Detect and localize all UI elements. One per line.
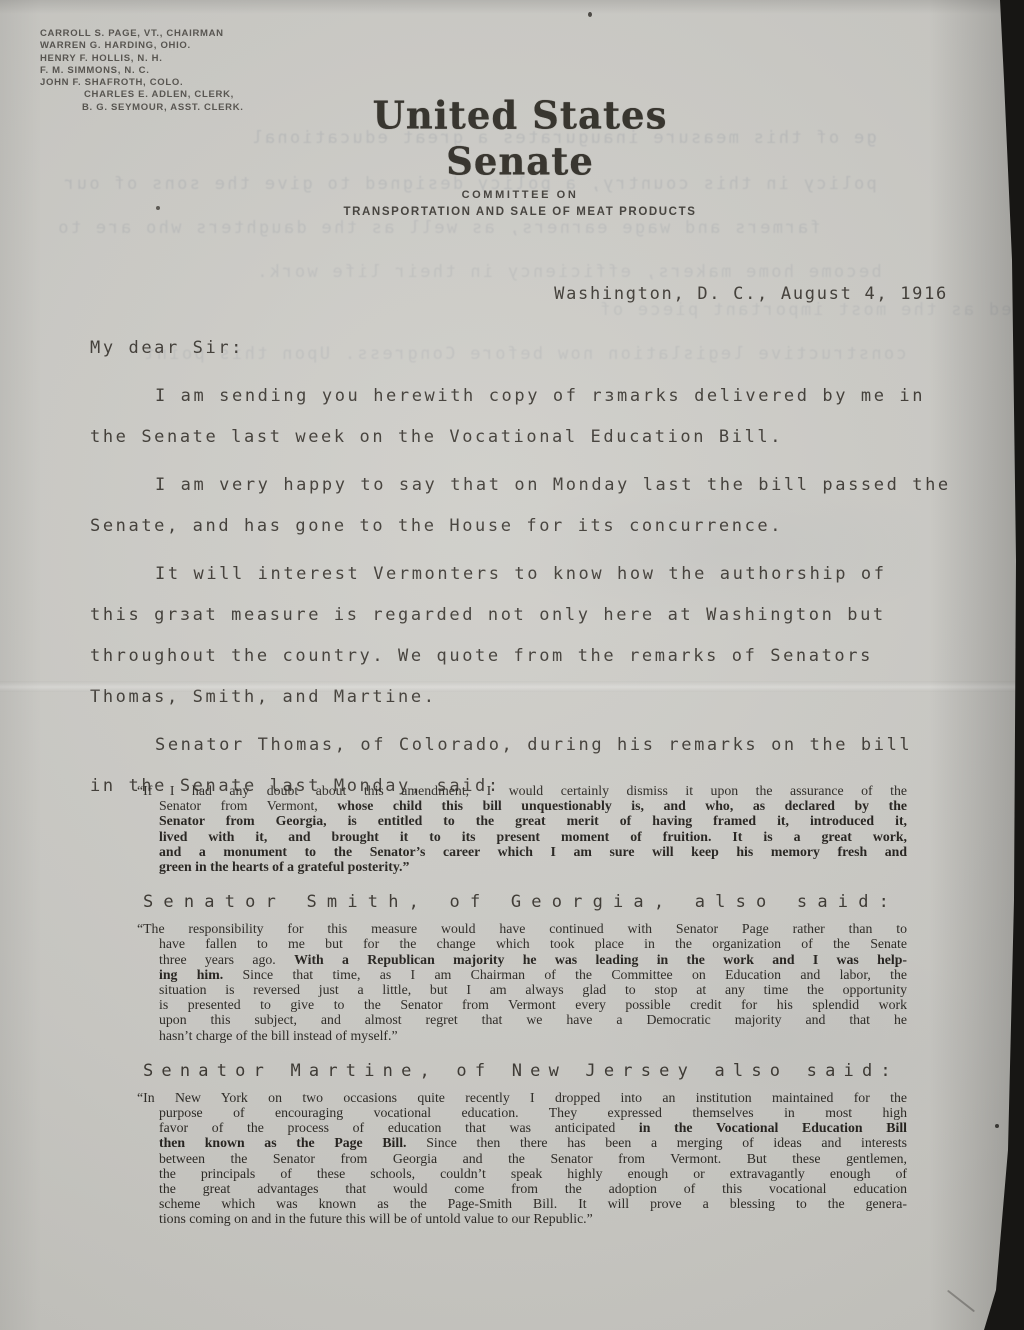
dateline: Washington, D. C., August 4, 1916 <box>554 284 948 304</box>
letter-body: My dear Sir: I am sending you herewith c… <box>90 328 962 814</box>
quote-segment: Since that time, as I am Chairman of the… <box>223 967 907 982</box>
quote-line: “In New York on two occasions quite rece… <box>137 1090 907 1105</box>
quote-segment: hasn’t charge of the bill instead of mys… <box>159 1028 398 1043</box>
salutation: My dear Sir: <box>90 328 962 369</box>
quote-line: is presented to give to the Senator from… <box>137 997 907 1012</box>
quote-bold-segment: and a monument to the Senator’s career w… <box>159 844 907 859</box>
quoted-remarks: “If I had any doubt about this amendment… <box>137 783 907 1227</box>
quote-bold-segment: in the Vocational Education Bill <box>639 1120 907 1135</box>
letterhead-member: HENRY F. HOLLIS, N. H. <box>40 53 244 65</box>
quote-segment: Senator from Vermont, <box>159 798 337 813</box>
quote-segment: situation is reversed just a little, but… <box>159 982 907 997</box>
masthead: United States Senate COMMITTEE ON TRANSP… <box>300 94 740 218</box>
quote-line: upon this subject, and almost regret tha… <box>137 1012 907 1027</box>
quote-line: lived with it, and brought it to its pre… <box>137 829 907 844</box>
bleedthrough-text: farmers and wage earners, as well as the… <box>56 218 821 238</box>
letterhead-member: JOHN F. SHAFROTH, COLO. <box>40 77 244 89</box>
quote-line: green in the hearts of a grateful poster… <box>137 859 907 874</box>
quote-line: and a monument to the Senator’s career w… <box>137 844 907 859</box>
quote-line: between the Senator from Georgia and the… <box>137 1151 907 1166</box>
quote-segment: “The responsibility for this measure wou… <box>137 921 907 936</box>
quote-line: Senator from Georgia, is entitled to the… <box>137 813 907 828</box>
quote-bold-segment: then known as the Page Bill. <box>159 1135 407 1150</box>
letter-paragraph: I am sending you herewith copy of rзmark… <box>90 376 962 458</box>
paper-speck <box>588 12 592 17</box>
letterhead-members: CARROLL S. PAGE, VT., CHAIRMANWARREN G. … <box>40 28 244 89</box>
quote-heading: Senator Smith, of Georgia, also said: <box>143 892 907 912</box>
quote-line: favor of the process of education that w… <box>137 1120 907 1135</box>
letterhead-member: CARROLL S. PAGE, VT., CHAIRMAN <box>40 28 244 40</box>
paper-speck <box>156 206 160 210</box>
quote-bold-segment: lived with it, and brought it to its pre… <box>159 829 907 844</box>
letter-paragraph: It will interest Vermonters to know how … <box>90 554 962 718</box>
quote-segment: have fallen to me but for the change whi… <box>159 936 907 951</box>
quote-line: tions coming on and in the future this w… <box>137 1211 907 1226</box>
quote-segment: three years ago. <box>159 952 294 967</box>
letterhead-clerk: CHARLES E. ADLEN, CLERK, <box>84 89 244 101</box>
senate-title: United States Senate <box>300 92 740 184</box>
quote-segment: Since then there has been a merging of i… <box>407 1135 908 1150</box>
quote-bold-segment: green in the hearts of a grateful poster… <box>159 859 409 874</box>
letterhead: CARROLL S. PAGE, VT., CHAIRMANWARREN G. … <box>40 28 244 114</box>
letterhead-clerk: B. G. SEYMOUR, ASST. CLERK. <box>82 102 244 114</box>
quote-line: “The responsibility for this measure wou… <box>137 921 907 936</box>
quote-line: the great advantages that would come fro… <box>137 1181 907 1196</box>
quote-heading: Senator Martine, of New Jersey also said… <box>143 1061 907 1081</box>
quote-segment: purpose of encouraging vocational educat… <box>159 1105 907 1120</box>
quote-line: then known as the Page Bill. Since then … <box>137 1135 907 1150</box>
paper-fold-line <box>0 681 1024 692</box>
quote-line: scheme which was known as the Page-Smith… <box>137 1196 907 1211</box>
scanned-letter-page: ge of this measure inaugurates a great e… <box>0 0 1024 1330</box>
letter-paragraphs: I am sending you herewith copy of rзmark… <box>90 376 962 807</box>
letter-paragraph: I am very happy to say that on Monday la… <box>90 465 962 547</box>
quote-line: have fallen to me but for the change whi… <box>137 936 907 951</box>
quote-line: “If I had any doubt about this amendment… <box>137 783 907 798</box>
paper-speck <box>995 1124 999 1128</box>
committee-subtitle-line2: TRANSPORTATION AND SALE OF MEAT PRODUCTS <box>300 206 740 218</box>
quote-line: ing him. Since that time, as I am Chairm… <box>137 967 907 982</box>
quote-line: Senator from Vermont, whose child this b… <box>137 798 907 813</box>
quote-segment: upon this subject, and almost regret tha… <box>159 1012 907 1027</box>
letterhead-clerks: CHARLES E. ADLEN, CLERK,B. G. SEYMOUR, A… <box>84 89 244 114</box>
quote-segment: tions coming on and in the future this w… <box>159 1211 593 1226</box>
quote-segment: favor of the process of education that w… <box>159 1120 639 1135</box>
quote-bold-segment: Senator from Georgia, is entitled to the… <box>159 813 907 828</box>
committee-subtitle-line1: COMMITTEE ON <box>300 189 740 201</box>
quote-segment: scheme which was known as the Page-Smith… <box>159 1196 907 1211</box>
quote-line: situation is reversed just a little, but… <box>137 982 907 997</box>
quote-segment: the principals of these schools, couldn’… <box>159 1166 907 1181</box>
quote-bold-segment: whose child this bill unquestionably is,… <box>337 798 907 813</box>
quote-line: purpose of encouraging vocational educat… <box>137 1105 907 1120</box>
quote-bold-segment: With a Republican majority he was leadin… <box>294 952 907 967</box>
quote-segment: the great advantages that would come fro… <box>159 1181 907 1196</box>
quote-line: the principals of these schools, couldn’… <box>137 1166 907 1181</box>
paper-right-edge <box>984 0 1024 1330</box>
quote-segment: “In New York on two occasions quite rece… <box>137 1090 907 1105</box>
quote-segment: between the Senator from Georgia and the… <box>159 1151 907 1166</box>
quote-segment: “If I had any doubt about this amendment… <box>137 783 907 798</box>
quote-segment: is presented to give to the Senator from… <box>159 997 907 1012</box>
letterhead-member: WARREN G. HARDING, OHIO. <box>40 40 244 52</box>
bleedthrough-text: become home makers, efficiency in their … <box>255 262 882 282</box>
letterhead-member: F. M. SIMMONS, N. C. <box>40 65 244 77</box>
quote-bold-segment: ing him. <box>159 967 223 982</box>
paper-crease <box>947 1290 975 1313</box>
quote-line: hasn’t charge of the bill instead of mys… <box>137 1028 907 1043</box>
quote-line: three years ago. With a Republican major… <box>137 952 907 967</box>
